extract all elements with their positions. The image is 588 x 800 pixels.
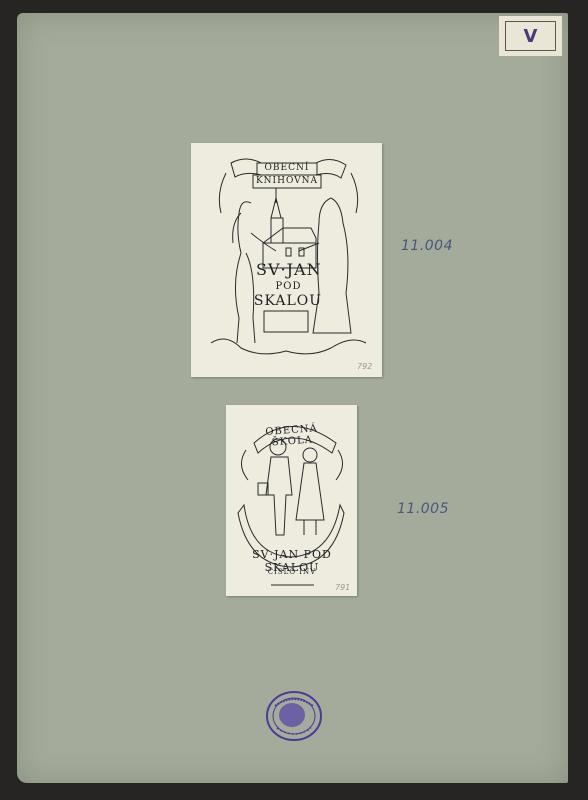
stamp-seal-icon [265,690,323,742]
mounting-sheet [17,13,568,783]
inventory-note-2: 11.005 [397,501,449,517]
bookplate-1-title-line3: SKALOU [253,293,323,309]
bookplate-1-banner-line1: OBECNÍ [257,163,317,173]
corner-label-frame: V [505,21,556,51]
bookplate-1-title-line1: SV·JAN [256,260,321,279]
bookplate-2-pencil-number: 791 [335,583,350,592]
bookplate-library[interactable]: OBECNÍ KNIHOVNA SV·JAN POD SKALOU 792 [191,143,382,377]
bookplate-school[interactable]: OBECNÁ ŠKOLA SV·JAN POD SKALOU ČISLO INV… [226,405,357,596]
museum-stamp [265,690,323,742]
corner-label-text: V [524,26,538,47]
bookplate-1-title-line2: POD [261,281,316,292]
bookplate-1-pencil-number: 792 [357,362,372,371]
corner-label: V [499,16,562,56]
bookplate-1-banner-line2: KNIHOVNA [253,176,321,186]
inventory-note-1: 11.004 [401,238,453,254]
bookplate-2-inventory-label: ČISLO INV [261,568,323,576]
